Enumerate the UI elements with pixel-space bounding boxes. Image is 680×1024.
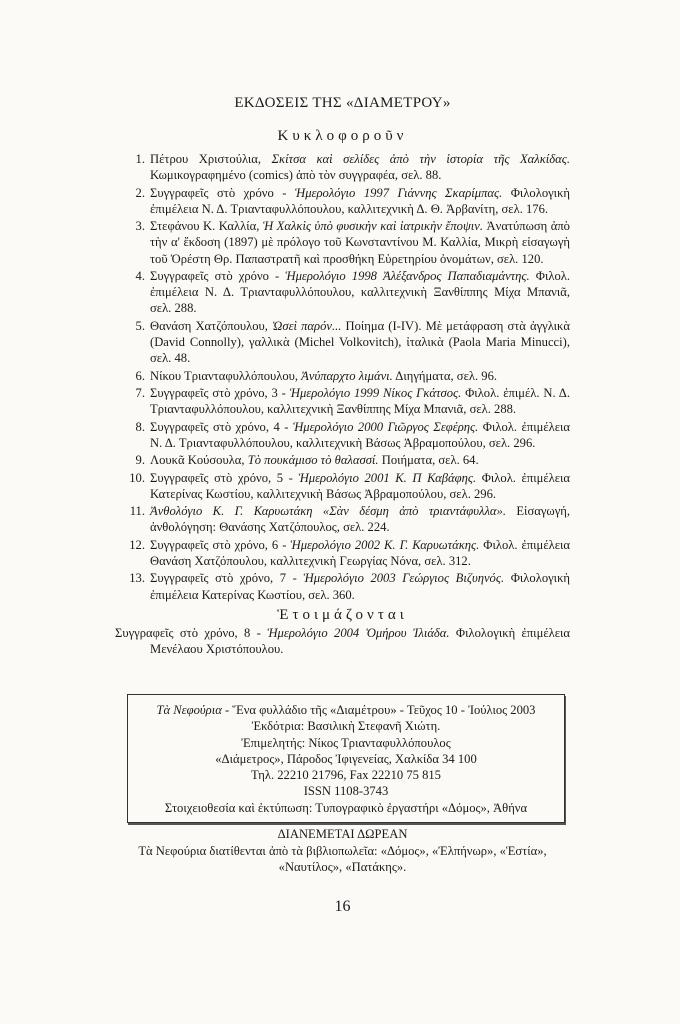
item-number: 2. — [115, 185, 145, 201]
colophon-box: Τὰ Νεφούρια - Ἕνα φυλλάδιο τῆς «Διαμέτρο… — [127, 694, 565, 823]
list-item: 3.Στεφάνου Κ. Καλλία, Ἡ Χαλκὶς ὑπὸ φυσικ… — [115, 218, 570, 267]
list-item: 11.Ἀνθολόγιο Κ. Γ. Καρυωτάκη «Σὰν δέσμη … — [115, 503, 570, 535]
list-item: 9.Λουκᾶ Κούσουλα, Τὸ πουκάμισο τὸ θαλασσ… — [115, 452, 570, 468]
item-number: 3. — [115, 218, 145, 234]
item-title: Σκίτσα καὶ σελίδες ἀπὸ τὴν ἱστορία τῆς Χ… — [272, 152, 570, 166]
list-item: 13.Συγγραφεῖς στὸ χρόνο, 7 - Ἡμερολόγιο … — [115, 570, 570, 602]
section-heading-circulating: Κυκλοφοροῦν — [115, 128, 570, 145]
preparing-title: Ἡμερολόγιο 2004 Ὁμήρου Ἰλιάδα. — [267, 626, 449, 640]
list-item: 6.Νίκου Τριανταφυλλόπουλου, Ἀνύπαρχτο λι… — [115, 368, 570, 384]
item-details: Κωμικογραφημένο (comics) ἀπὸ τὸν συγγραφ… — [150, 168, 441, 182]
item-number: 5. — [115, 318, 145, 334]
item-number: 11. — [115, 503, 145, 519]
item-author: Συγγραφεῖς στὸ χρόνο, 5 - — [150, 471, 298, 485]
item-author: Νίκου Τριανταφυλλόπουλου, — [150, 369, 301, 383]
item-author: Συγγραφεῖς στὸ χρόνο, 3 - — [150, 386, 290, 400]
item-title: Ἡμερολόγιο 2003 Γεώργιος Βιζυηνός. — [303, 571, 504, 585]
item-title: Ἡ Χαλκὶς ὑπὸ φυσικὴν καὶ ἰατρικὴν ἔποψιν… — [263, 219, 483, 233]
preparing-item: Συγγραφεῖς στὸ χρόνο, 8 - Ἡμερολόγιο 200… — [115, 625, 570, 657]
colophon-title: Τὰ Νεφούρια — [157, 703, 222, 717]
item-title: Ἡμερολόγιο 2000 Γιῶργος Σεφέρης. — [293, 420, 478, 434]
item-author: Συγγραφεῖς στὸ χρόνο - — [150, 269, 285, 283]
item-number: 6. — [115, 368, 145, 384]
publication-list: 1.Πέτρου Χριστούλια, Σκίτσα καὶ σελίδες … — [115, 151, 570, 657]
item-details: Διηγήματα, σελ. 96. — [393, 369, 497, 383]
page-title: ΕΚΔΟΣΕΙΣ ΤΗΣ «ΔΙΑΜΕΤΡΟΥ» — [115, 95, 570, 112]
colophon-line: Τηλ. 22210 21796, Fax 22210 75 815 — [128, 767, 564, 783]
list-item: 10.Συγγραφεῖς στὸ χρόνο, 5 - Ἡμερολόγιο … — [115, 470, 570, 502]
list-item: 8.Συγγραφεῖς στὸ χρόνο, 4 - Ἡμερολόγιο 2… — [115, 419, 570, 451]
item-number: 7. — [115, 385, 145, 401]
page-number: 16 — [115, 898, 570, 916]
item-title: Ἡμερολόγιο 1997 Γιάννης Σκαρίμπας. — [295, 186, 502, 200]
colophon-line: Ἐκδότρια: Βασιλικὴ Στεφανῆ Χιώτη. — [128, 718, 564, 734]
colophon-line: Τὰ Νεφούρια - Ἕνα φυλλάδιο τῆς «Διαμέτρο… — [128, 702, 564, 718]
item-author: Συγγραφεῖς στὸ χρόνο, 7 - — [150, 571, 303, 585]
item-title: Ἡμερολόγιο 2001 Κ. Π Καβάφης. — [298, 471, 476, 485]
item-number: 1. — [115, 151, 145, 167]
item-number: 4. — [115, 268, 145, 284]
item-title: Ἡμερολόγιο 2002 Κ. Γ. Καρυωτάκης. — [290, 538, 479, 552]
item-number: 10. — [115, 470, 145, 486]
colophon-line: ISSN 1108-3743 — [128, 783, 564, 799]
list-item: 7.Συγγραφεῖς στὸ χρόνο, 3 - Ἡμερολόγιο 1… — [115, 385, 570, 417]
colophon-line: Ἐπιμελητής: Νίκος Τριανταφυλλόπουλος — [128, 735, 564, 751]
free-text: Τὰ Νεφούρια διατίθενται ἀπὸ τὰ βιβλιοπωλ… — [115, 843, 570, 876]
item-title: Ἀνύπαρχτο λιμάνι. — [301, 369, 393, 383]
item-title: Ἡμερολόγιο 1998 Ἀλέξανδρος Παπαδιαμάντης… — [285, 269, 529, 283]
item-title: Ἀνθολόγιο Κ. Γ. Καρυωτάκη «Σὰν δέσμη ἀπὸ… — [150, 504, 506, 518]
item-author: Θανάση Χατζόπουλου, — [150, 319, 272, 333]
item-author: Συγγραφεῖς στὸ χρόνο, 6 - — [150, 538, 290, 552]
preparing-pre: Συγγραφεῖς στὸ χρόνο, 8 - — [115, 626, 267, 640]
item-details: Ποιήματα, σελ. 64. — [379, 453, 479, 467]
list-item: 2.Συγγραφεῖς στὸ χρόνο - Ἡμερολόγιο 1997… — [115, 185, 570, 217]
list-item: 5.Θανάση Χατζόπουλου, Ὡσεὶ παρόν... Ποίη… — [115, 318, 570, 367]
item-number: 12. — [115, 537, 145, 553]
section-heading-preparing: Ἑτοιμάζονται — [115, 607, 570, 623]
free-heading: ΔΙΑΝΕΜΕΤΑΙ ΔΩΡΕΑΝ — [115, 826, 570, 843]
item-author: Πέτρου Χριστούλια, — [150, 152, 272, 166]
list-item: 4.Συγγραφεῖς στὸ χρόνο - Ἡμερολόγιο 1998… — [115, 268, 570, 317]
list-item: 1.Πέτρου Χριστούλια, Σκίτσα καὶ σελίδες … — [115, 151, 570, 183]
item-number: 13. — [115, 570, 145, 586]
item-number: 8. — [115, 419, 145, 435]
item-title: Ἡμερολόγιο 1999 Νίκος Γκάτσος. — [290, 386, 462, 400]
colophon-issue: - Ἕνα φυλλάδιο τῆς «Διαμέτρου» - Τεῦχος … — [222, 703, 536, 717]
colophon-line: Στοιχειοθεσία καὶ ἐκτύπωση: Τυπογραφικὸ … — [128, 800, 564, 816]
item-title: Ὡσεὶ παρόν... — [272, 319, 341, 333]
item-author: Λουκᾶ Κούσουλα, — [150, 453, 248, 467]
item-author: Στεφάνου Κ. Καλλία, — [150, 219, 263, 233]
item-title: Τὸ πουκάμισο τὸ θαλασσί. — [248, 453, 379, 467]
item-author: Συγγραφεῖς στὸ χρόνο - — [150, 186, 295, 200]
item-number: 9. — [115, 452, 145, 468]
item-author: Συγγραφεῖς στὸ χρόνο, 4 - — [150, 420, 293, 434]
list-item: 12.Συγγραφεῖς στὸ χρόνο, 6 - Ἡμερολόγιο … — [115, 537, 570, 569]
colophon-line: «Διάμετρος», Πάροδος Ἰφιγενείας, Χαλκίδα… — [128, 751, 564, 767]
free-distribution: ΔΙΑΝΕΜΕΤΑΙ ΔΩΡΕΑΝ Τὰ Νεφούρια διατίθεντα… — [115, 826, 570, 876]
